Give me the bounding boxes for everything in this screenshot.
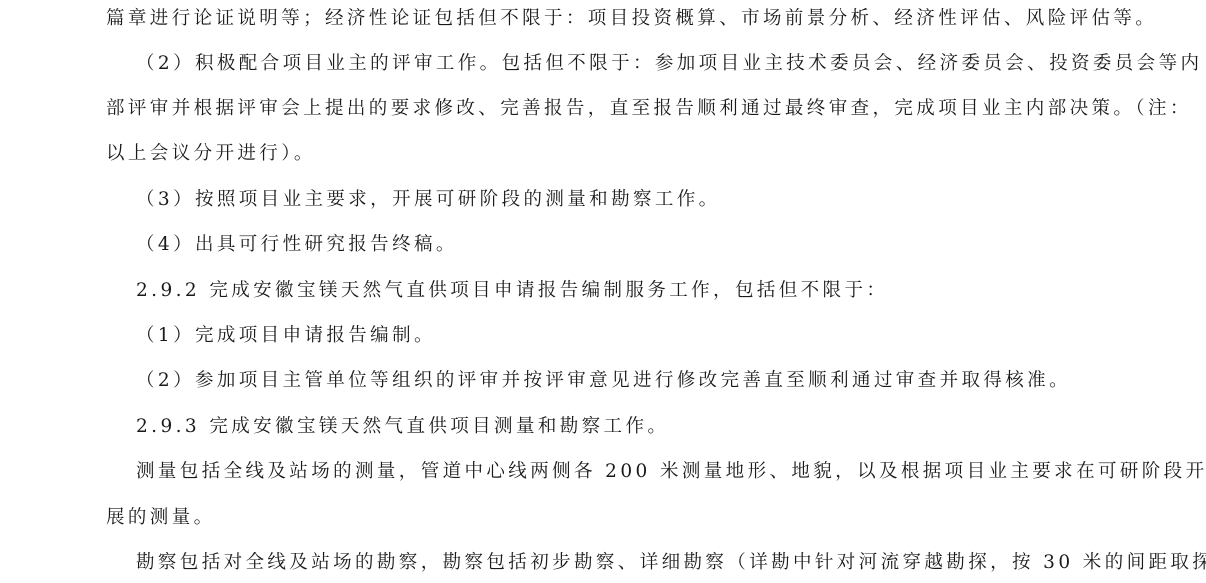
section-heading-2-9-3: 2.9.3 完成安徽宝镁天然气直供项目测量和勘察工作。 — [136, 415, 669, 439]
paragraph-line-investigation-scope: 勘察包括对全线及站场的勘察，勘察包括初步勘察、详细勘察（详勘中针对河流穿越勘探，… — [136, 551, 1206, 575]
paragraph-line-item-4-final-report: （4）出具可行性研究报告终稿。 — [136, 233, 458, 257]
paragraph-line-2-9-2-item-1: （1）完成项目申请报告编制。 — [136, 324, 436, 348]
paragraph-line-item-2-review-note: 以上会议分开进行）。 — [106, 142, 316, 166]
paragraph-line-economic-assessment: 篇章进行论证说明等；经济性论证包括但不限于：项目投资概算、市场前景分析、经济性评… — [106, 7, 1157, 31]
paragraph-line-item-2-review: （2）积极配合项目业主的评审工作。包括但不限于：参加项目业主技术委员会、经济委员… — [136, 52, 1202, 76]
paragraph-line-item-2-review-cont: 部评审并根据评审会上提出的要求修改、完善报告，直至报告顺利通过最终审查，完成项目… — [106, 97, 1192, 121]
paragraph-line-survey-scope: 测量包括全线及站场的测量，管道中心线两侧各 200 米测量地形、地貌，以及根据项… — [136, 460, 1206, 484]
paragraph-line-item-3-survey: （3）按照项目业主要求，开展可研阶段的测量和勘察工作。 — [136, 188, 721, 212]
paragraph-line-survey-scope-cont: 展的测量。 — [106, 506, 216, 530]
section-heading-2-9-2: 2.9.2 完成安徽宝镁天然气直供项目申请报告编制服务工作，包括但不限于： — [136, 279, 888, 303]
document-page: 篇章进行论证说明等；经济性论证包括但不限于：项目投资概算、市场前景分析、经济性评… — [0, 0, 1206, 583]
paragraph-line-2-9-2-item-2: （2）参加项目主管单位等组织的评审并按评审意见进行修改完善直至顺利通过审查并取得… — [136, 369, 1071, 393]
